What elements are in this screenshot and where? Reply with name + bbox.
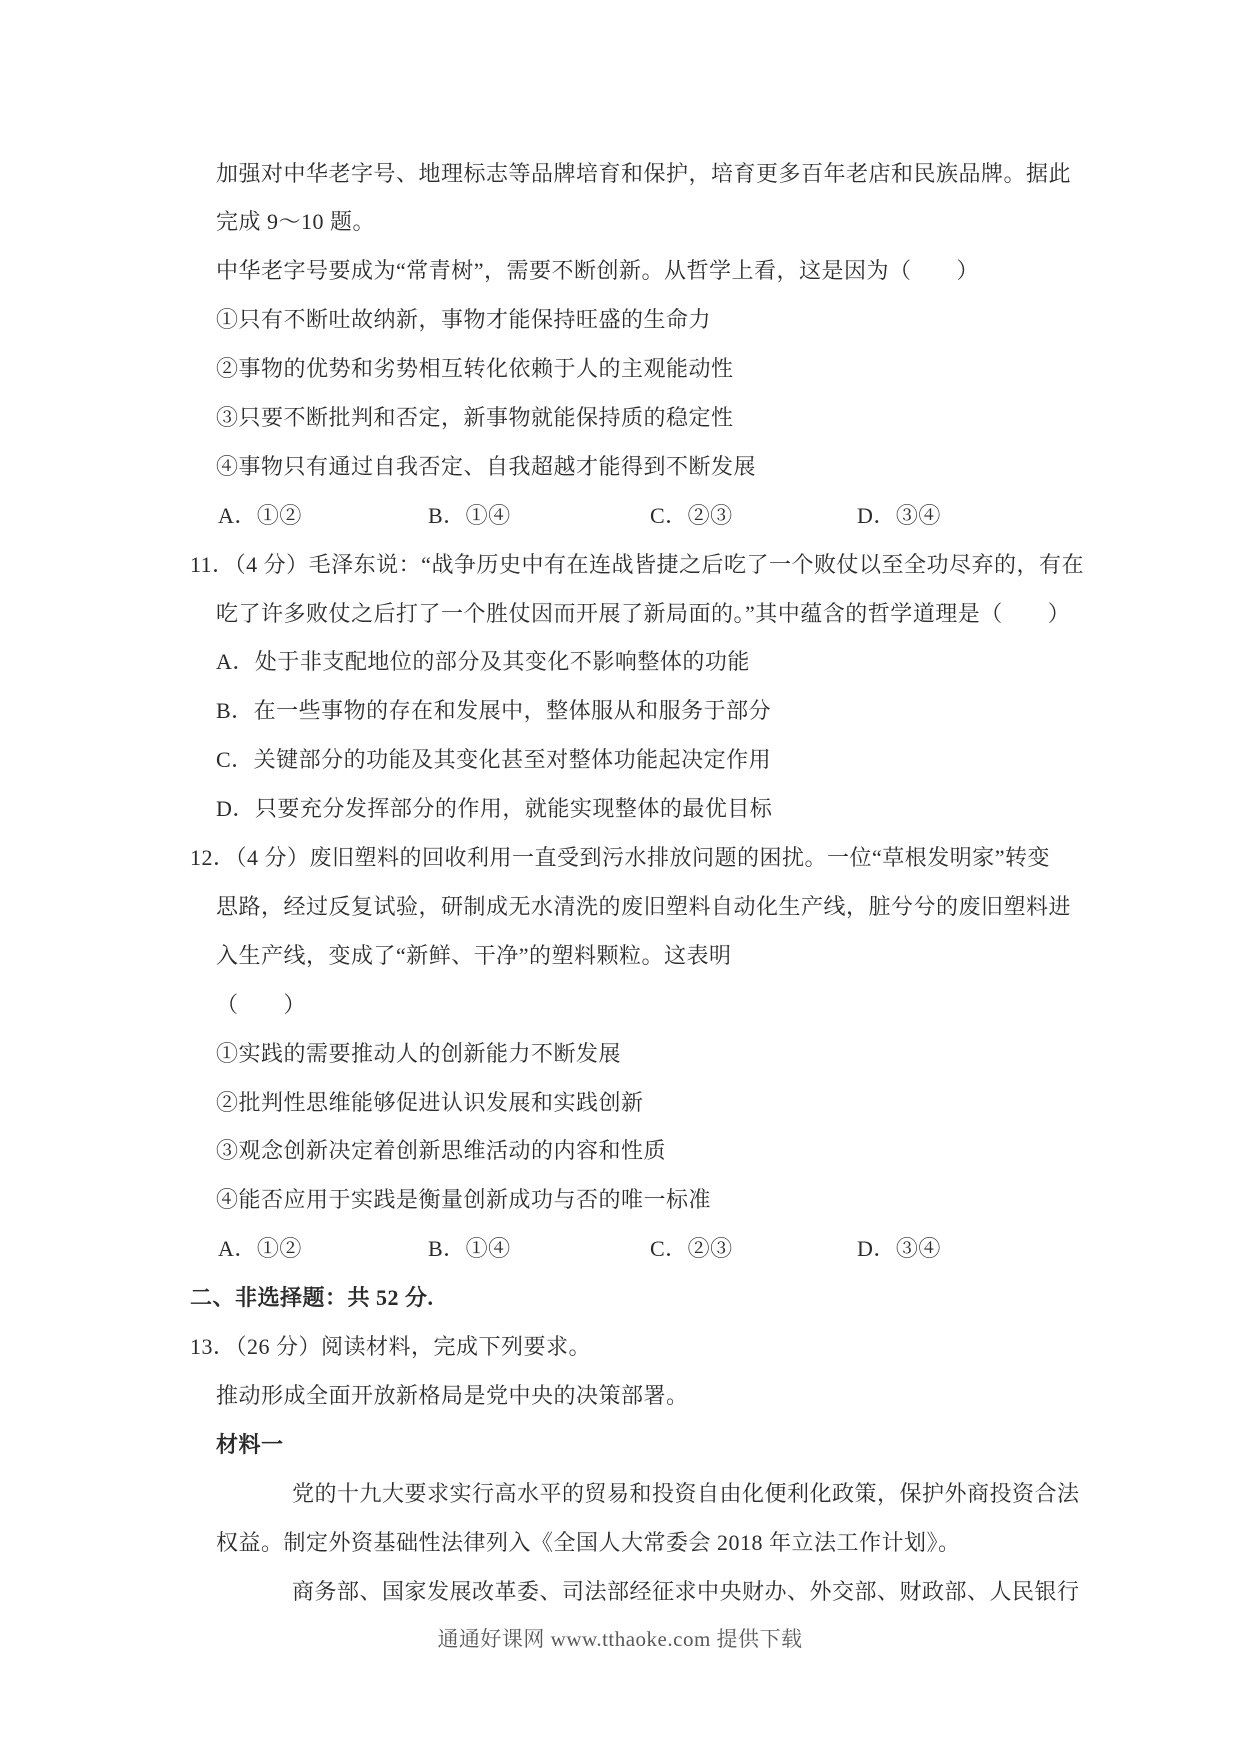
q12-choice-a: A．①② [218,1225,302,1273]
q12-stem-line-2: 思路，经过反复试验，研制成无水清洗的废旧塑料自动化生产线，脏兮兮的废旧塑料进 [216,883,1071,931]
q12-statement-2: ②批判性思维能够促进认识发展和实践创新 [216,1079,644,1127]
q12-stem-line-3: 入生产线，变成了“新鲜、干净”的塑料颗粒。这表明 [216,932,732,980]
q10-statement-3: ③只要不断批判和否定，新事物就能保持质的稳定性 [216,394,734,442]
q9-10-context-line-2: 完成 9～10 题。 [216,198,375,246]
exam-page: 加强对中华老字号、地理标志等品牌培育和保护，培育更多百年老店和民族品牌。据此 完… [0,0,1240,1754]
q13-stem: 13．（26 分）阅读材料，完成下列要求。 [190,1323,591,1371]
q10-statement-4: ④事物只有通过自我否定、自我超越才能得到不断发展 [216,443,756,491]
q10-choice-b: B．①④ [428,492,511,540]
q13-material-one-line-1: 党的十九大要求实行高水平的贸易和投资自由化便利化政策，保护外商投资合法 [292,1470,1080,1518]
q11-choice-d: D．只要充分发挥部分的作用，就能实现整体的最优目标 [216,785,772,833]
q10-choice-c: C．②③ [650,492,733,540]
q10-choice-row: A．①② B．①④ C．②③ D．③④ [0,492,1240,540]
q9-10-context-line-1: 加强对中华老字号、地理标志等品牌培育和保护，培育更多百年老店和民族品牌。据此 [216,150,1071,198]
q11-stem-line-1: 11．（4 分）毛泽东说：“战争历史中有在连战皆捷之后吃了一个败仗以至全功尽弃的… [190,541,1084,589]
q12-choice-d: D．③④ [857,1225,941,1273]
q10-choice-a: A．①② [218,492,302,540]
q11-choice-b: B．在一些事物的存在和发展中，整体服从和服务于部分 [216,687,771,735]
q13-intro: 推动形成全面开放新格局是党中央的决策部署。 [216,1372,689,1420]
q10-stem: 中华老字号要成为“常青树”，需要不断创新。从哲学上看，这是因为（ ） [216,247,979,295]
q11-choice-a: A．处于非支配地位的部分及其变化不影响整体的功能 [216,638,750,686]
q11-choice-c: C．关键部分的功能及其变化甚至对整体功能起决定作用 [216,736,771,784]
q10-choice-d: D．③④ [857,492,941,540]
q13-material-one-line-3: 商务部、国家发展改革委、司法部经征求中央财办、外交部、财政部、人民银行 [292,1568,1080,1616]
q13-material-one-line-2: 权益。制定外资基础性法律列入《全国人大常委会 2018 年立法工作计划》。 [216,1519,961,1567]
q13-material-one-label: 材料一 [216,1421,284,1469]
q12-choice-row: A．①② B．①④ C．②③ D．③④ [0,1225,1240,1273]
q11-stem-line-2: 吃了许多败仗之后打了一个胜仗因而开展了新局面的。”其中蕴含的哲学道理是（ ） [216,590,1070,638]
footer-watermark: 通通好课网 www.tthaoke.com 提供下载 [0,1615,1240,1663]
q12-statement-3: ③观念创新决定着创新思维活动的内容和性质 [216,1127,666,1175]
section-two-header: 二、非选择题：共 52 分. [190,1274,434,1322]
q10-statement-2: ②事物的优势和劣势相互转化依赖于人的主观能动性 [216,345,734,393]
q12-stem-line-4: （ ） [216,981,306,1029]
q12-statement-1: ①实践的需要推动人的创新能力不断发展 [216,1030,621,1078]
q12-statement-4: ④能否应用于实践是衡量创新成功与否的唯一标准 [216,1176,711,1224]
q12-choice-b: B．①④ [428,1225,511,1273]
q10-statement-1: ①只有不断吐故纳新，事物才能保持旺盛的生命力 [216,296,711,344]
q12-choice-c: C．②③ [650,1225,733,1273]
q12-stem-line-1: 12．（4 分）废旧塑料的回收利用一直受到污水排放问题的困扰。一位“草根发明家”… [190,834,1050,882]
